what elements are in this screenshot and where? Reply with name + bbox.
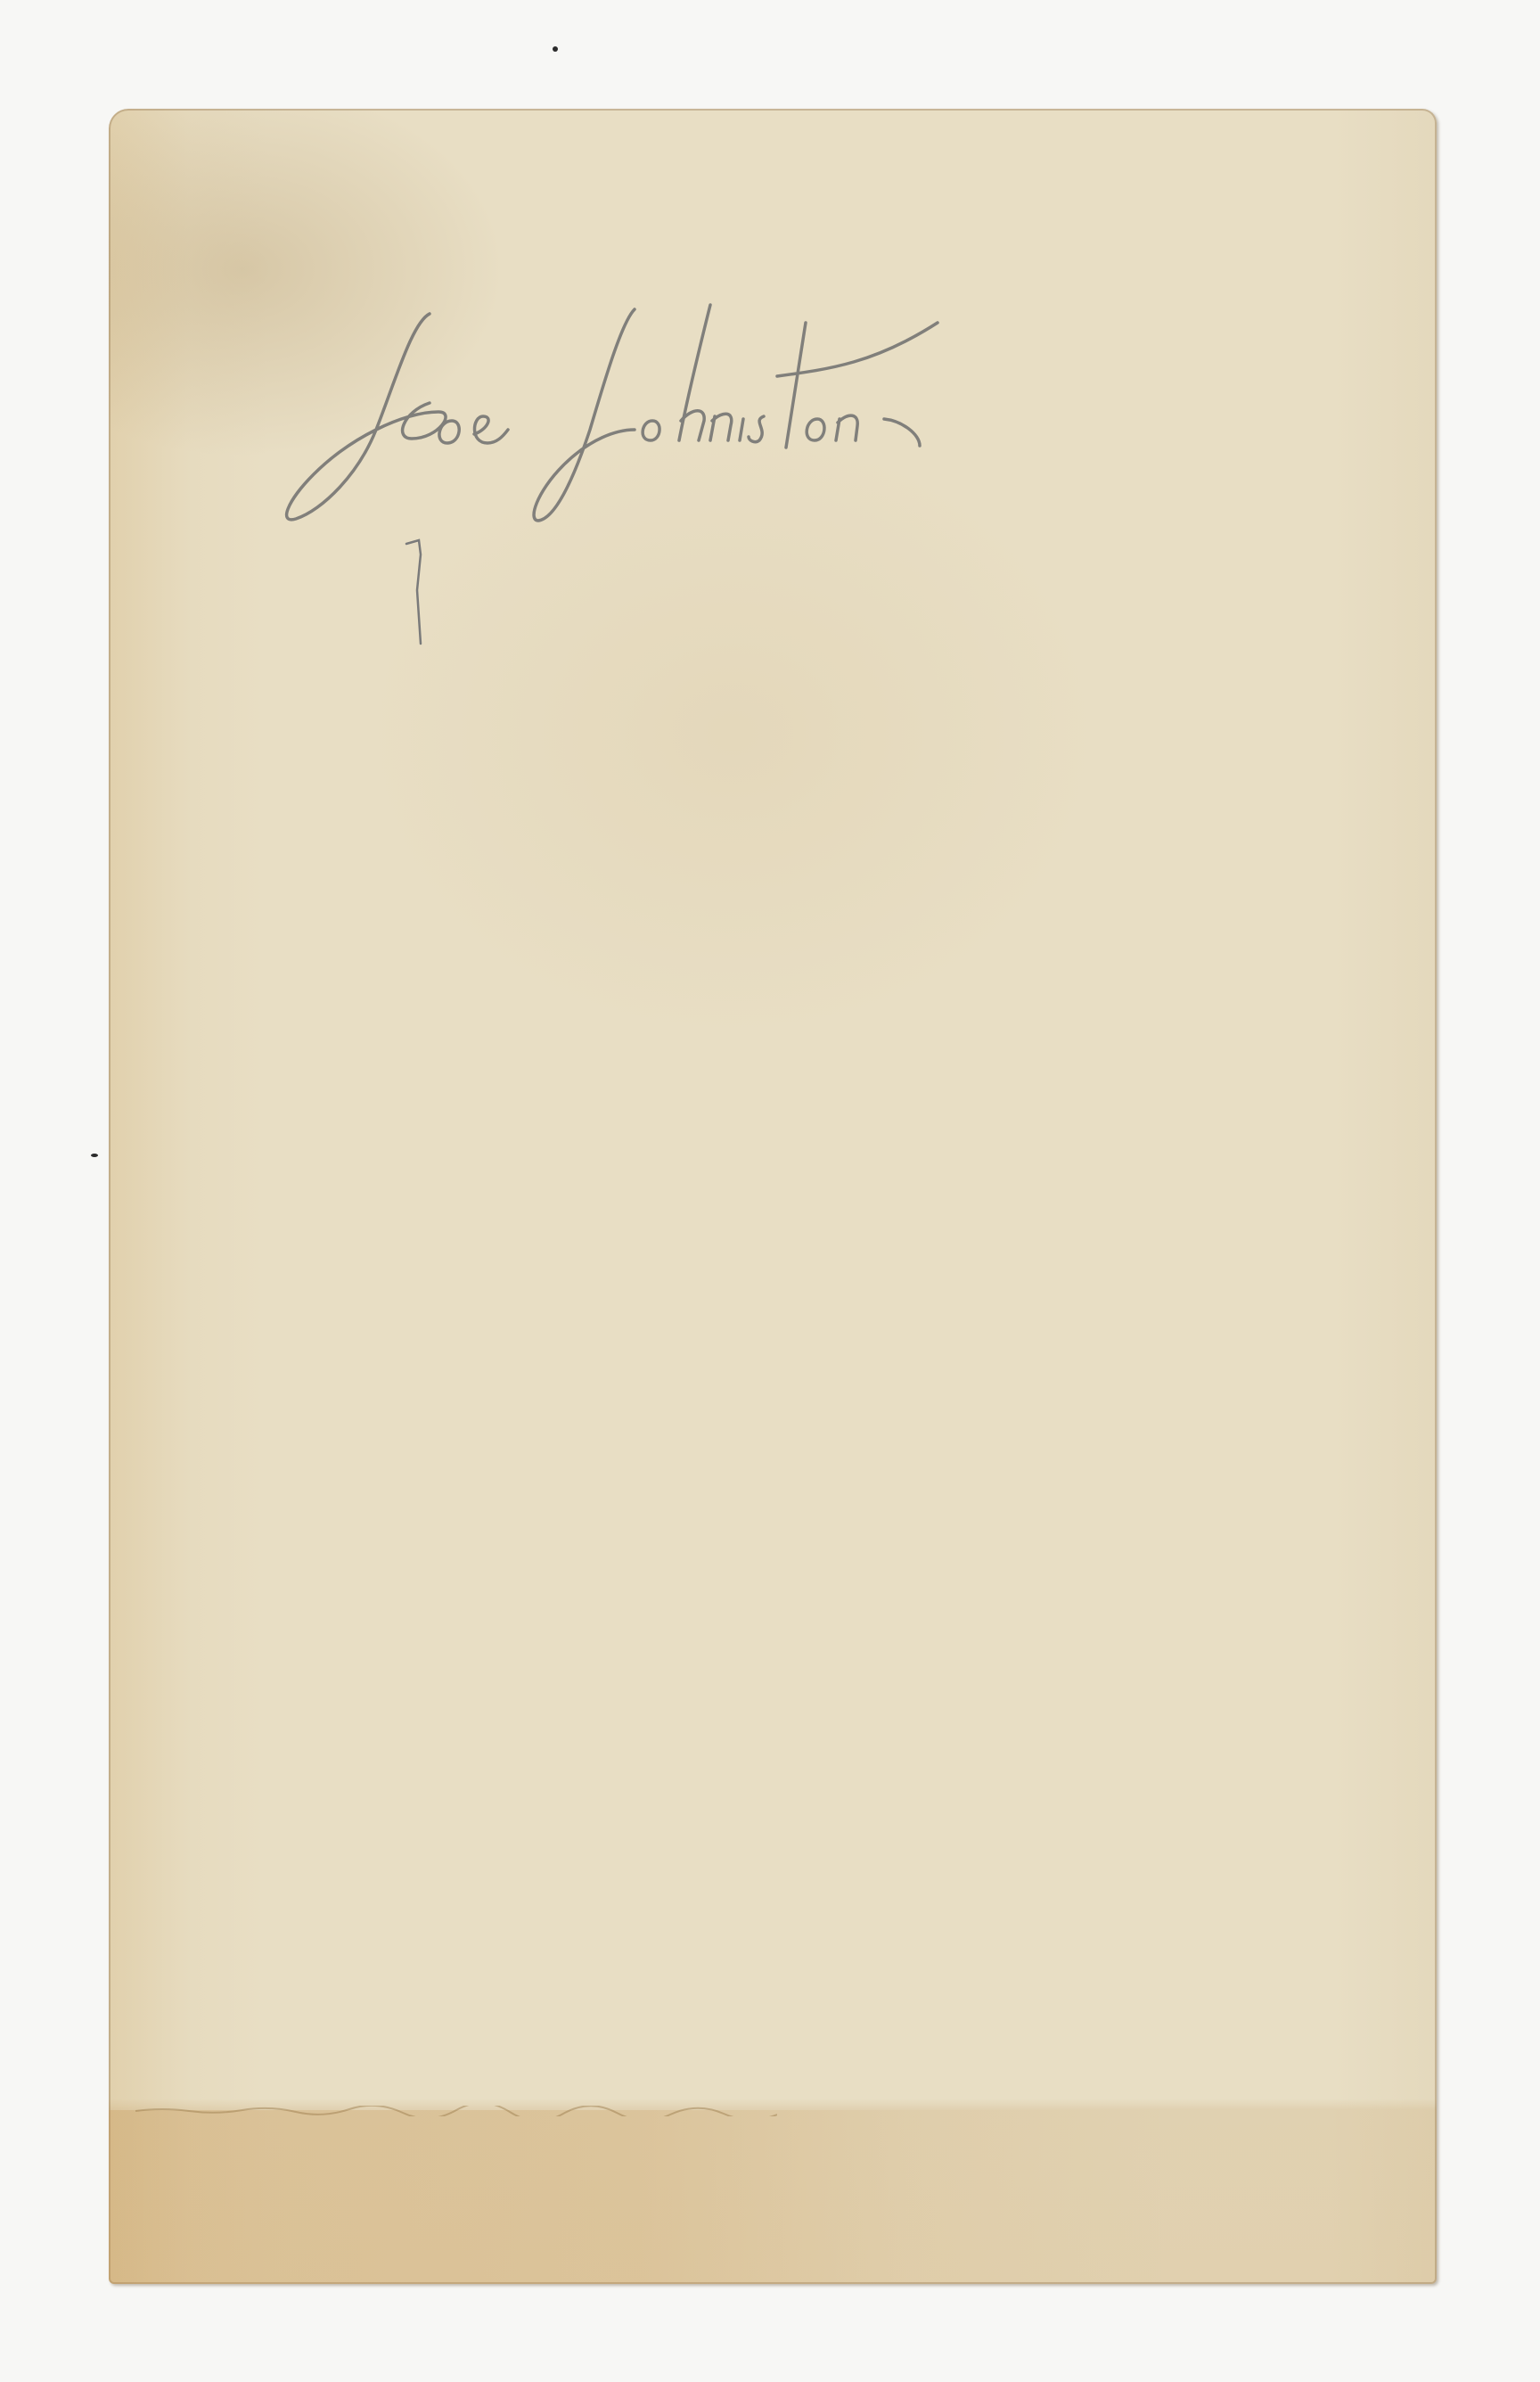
- card-back: Joe Johnston 1: [109, 109, 1437, 2284]
- bottom-stain: [109, 2110, 1437, 2284]
- handwritten-inscription: [260, 287, 1205, 554]
- background-speck: [553, 46, 558, 52]
- background-speck: [91, 1154, 98, 1157]
- tide-line-stain: [135, 2106, 777, 2116]
- pencil-mark: [403, 537, 438, 679]
